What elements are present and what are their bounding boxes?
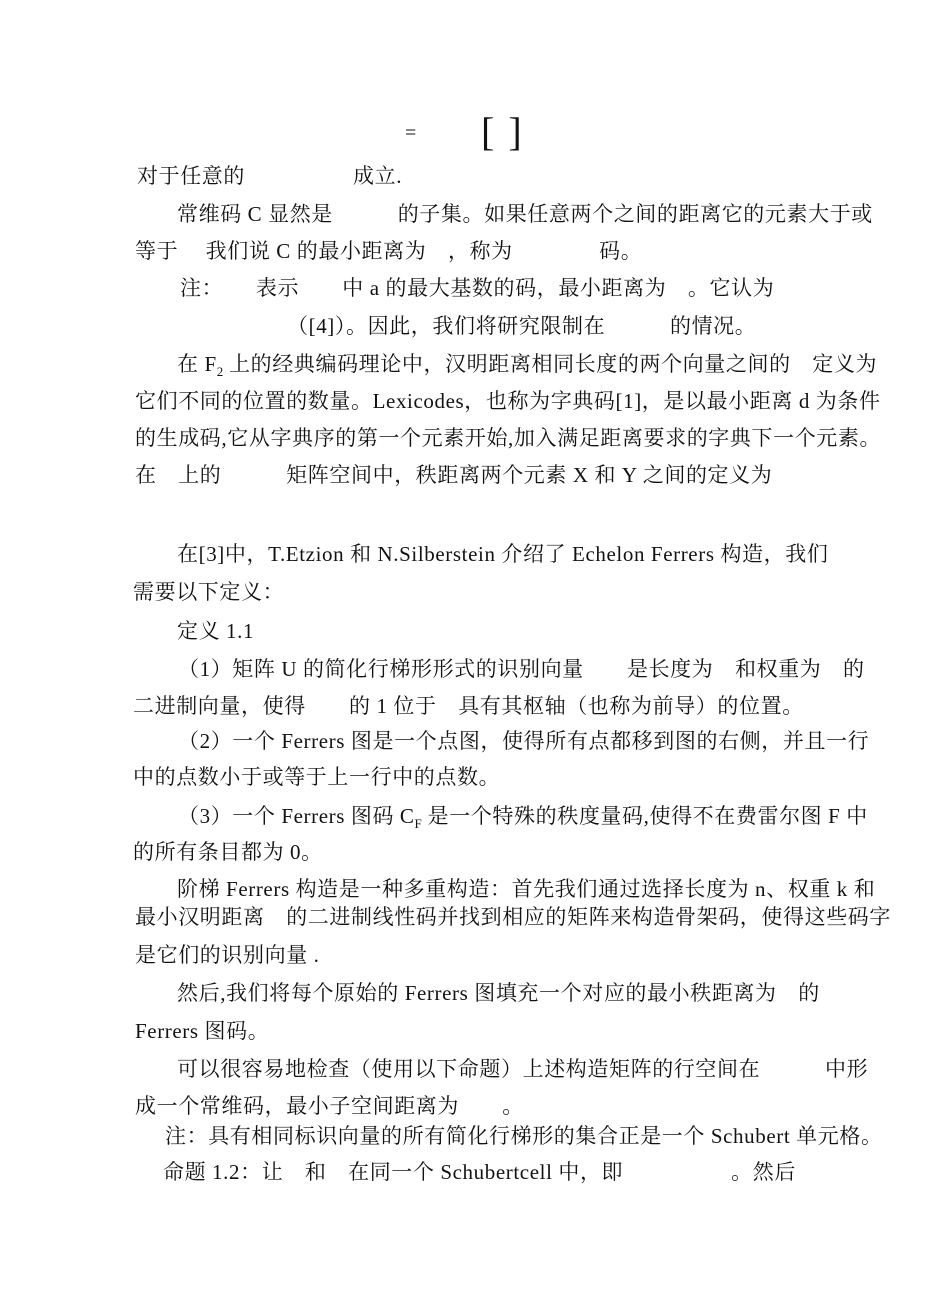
text-line: 中的点数小于或等于上一行中的点数。 xyxy=(133,762,500,792)
text-line: （[4]）。因此，我们将研究限制在 的情况。 xyxy=(287,311,756,341)
text-line: 最小汉明距离 的二进制线性码并找到相应的矩阵来构造骨架码，使得这些码字 xyxy=(135,902,891,932)
text-run: （3）一个 Ferrers 图码 C xyxy=(178,804,415,828)
text-line: 定义 1.1 xyxy=(177,616,254,646)
text-line: 成一个常维码，最小子空间距离为 。 xyxy=(135,1091,524,1121)
text-line: 在 F2 上的经典编码理论中，汉明距离相同长度的两个向量之间的 定义为 xyxy=(177,349,877,387)
text-line: 对于任意的 成立. xyxy=(137,161,402,191)
text-line: 可以很容易地检查（使用以下命题）上述构造矩阵的行空间在 中形 xyxy=(177,1054,868,1084)
text-line: 然后,我们将每个原始的 Ferrers 图填充一个对应的最小秩距离为 的 xyxy=(177,978,820,1008)
text-line: （3）一个 Ferrers 图码 CF 是一个特殊的秩度量码,使得不在费雷尔图 … xyxy=(178,801,868,839)
text-run: 上的经典编码理论中，汉明距离相同长度的两个向量之间的 定义为 xyxy=(223,352,877,376)
text-line: （2）一个 Ferrers 图是一个点图，使得所有点都移到图的右侧，并且一行 xyxy=(178,726,869,756)
equals-sign: = xyxy=(405,122,416,145)
text-line: 等于 我们说 C 的最小距离为 ，称为 码。 xyxy=(135,236,642,266)
matrix-brackets: [ ] xyxy=(481,108,524,155)
text-line: 是它们的识别向量 . xyxy=(135,940,320,970)
text-line: 命题 1.2：让 和 在同一个 Schubertcell 中，即 。然后 xyxy=(163,1157,796,1187)
text-line: 的所有条目都为 0。 xyxy=(133,837,323,867)
text-run: 在 F xyxy=(177,352,217,376)
text-line: Ferrers 图码。 xyxy=(135,1016,269,1046)
document-page: = [ ] 对于任意的 成立. 常维码 C 显然是 的子集。如果任意两个之间的距… xyxy=(0,0,926,1309)
text-line: 在[3]中，T.Etzion 和 N.Silberstein 介绍了 Echel… xyxy=(177,539,828,569)
text-line: 阶梯 Ferrers 构造是一种多重构造：首先我们通过选择长度为 n、权重 k … xyxy=(177,874,875,904)
subscript: F xyxy=(415,816,422,831)
text-line: 注：具有相同标识向量的所有简化行梯形的集合正是一个 Schubert 单元格。 xyxy=(165,1121,883,1151)
text-line: 常维码 C 显然是 的子集。如果任意两个之间的距离它的元素大于或 xyxy=(177,199,873,229)
text-line: 注： 表示 中 a 的最大基数的码，最小距离为 。它认为 xyxy=(180,273,774,303)
text-line: 二进制向量，使得 的 1 位于 具有其枢轴（也称为前导）的位置。 xyxy=(133,691,804,721)
text-line: 在 上的 矩阵空间中，秩距离两个元素 X 和 Y 之间的定义为 xyxy=(135,460,772,490)
text-run: 是一个特殊的秩度量码,使得不在费雷尔图 F 中 xyxy=(422,804,868,828)
text-line: 需要以下定义： xyxy=(133,577,284,607)
text-line: 的生成码,它从字典序的第一个元素开始,加入满足距离要求的字典下一个元素。 xyxy=(135,423,881,453)
text-line: （1）矩阵 U 的简化行梯形形式的识别向量 是长度为 和权重为 的 xyxy=(178,654,865,684)
text-line: 它们不同的位置的数量。Lexicodes，也称为字典码[1]，是以最小距离 d … xyxy=(135,386,881,416)
